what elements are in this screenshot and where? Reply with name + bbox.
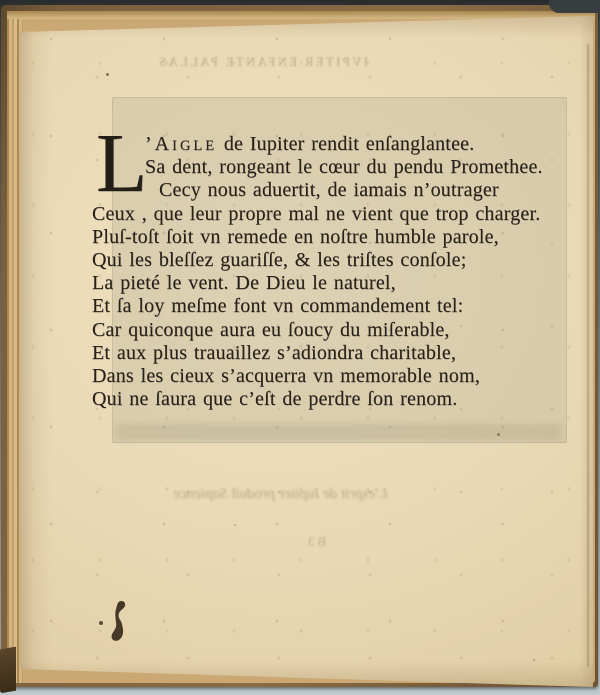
show-through-signature-mark: B 3 [308, 534, 326, 550]
ink-speck [99, 621, 103, 625]
paper-speck [497, 433, 500, 436]
poem-line: Dans les cieux s’acquerra vn memorable n… [92, 365, 580, 388]
poem-line: Et aux plus trauaillez s’adiondra charit… [92, 342, 580, 365]
paper-speck [106, 73, 109, 76]
poem-line: Cecy nous aduertit, de iamais n’outrager [92, 179, 580, 202]
show-through-header-text: IVPITER ENFANTE PALLAS [178, 55, 368, 70]
poem-line: Qui les bleſſez guariſſe, & les triſtes … [92, 249, 580, 272]
book-page: IVPITER ENFANTE PALLAS L ’AIGLE de Iupit… [20, 16, 593, 687]
show-through-footer-text: L’esprit de Iupiter produit Sapience [110, 486, 388, 503]
show-through-smudge [116, 424, 562, 440]
page-crease-line [587, 44, 589, 667]
paper-speck [431, 164, 433, 166]
poem-line: Qui ne ſaura que c’eſt de perdre ſon ren… [92, 388, 580, 411]
drop-cap-letter: L [96, 132, 148, 196]
paper-speck [234, 524, 236, 526]
book-photograph: IVPITER ENFANTE PALLAS L ’AIGLE de Iupit… [0, 0, 600, 695]
poem-line: ’AIGLE de Iupiter rendit enſanglantee. [92, 133, 580, 156]
paper-speck [533, 659, 535, 661]
cover-corner-wedge [0, 647, 16, 694]
poem-line: La pieté le vent. De Dieu le naturel, [92, 272, 580, 295]
poem-text: L ’AIGLE de Iupiter rendit enſanglantee.… [92, 133, 580, 411]
poem-line: Car quiconque aura eu ſoucy du miſerable… [92, 319, 580, 342]
poem-line: Pluſ-toſt ſoit vn remede en noſtre humbl… [92, 226, 580, 249]
poem-line: Ceux , que leur propre mal ne vient que … [92, 203, 580, 226]
ink-blot [106, 599, 131, 648]
background-corner-shadow [549, 0, 600, 13]
poem-line: Et ſa loy meſme font vn commandement tel… [92, 295, 580, 318]
poem-line: Sa dent, rongeant le cœur du pendu Prome… [92, 156, 580, 179]
